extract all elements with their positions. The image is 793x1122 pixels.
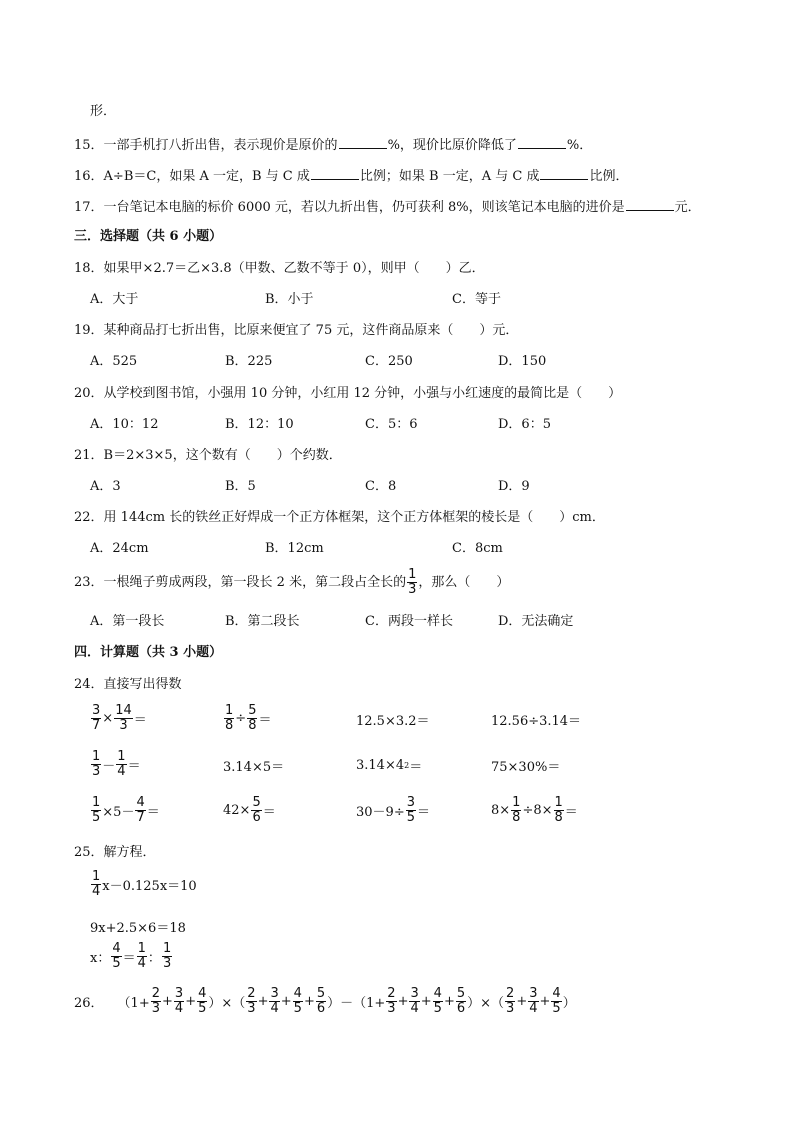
- question-24: 24．直接写出得数: [74, 677, 182, 693]
- option-a[interactable]: A．第一段长: [90, 614, 164, 630]
- option-d[interactable]: D．150: [498, 354, 546, 370]
- section-heading-choice: 三．选择题（共 6 小题）: [74, 229, 222, 245]
- option-c[interactable]: C．等于: [452, 292, 501, 308]
- answer-blank[interactable]: [339, 136, 387, 149]
- option-d[interactable]: D．6：5: [498, 417, 551, 433]
- equation-2: 9x+2.5×6＝18: [90, 917, 186, 936]
- answer-blank[interactable]: [518, 136, 566, 149]
- calc-item: 3.14×42＝: [356, 756, 422, 775]
- calc-item: 75×30%＝: [491, 756, 560, 775]
- option-a[interactable]: A．10：12: [90, 417, 158, 433]
- option-a[interactable]: A．3: [90, 479, 121, 495]
- calc-item: 42× 56 ＝: [223, 796, 276, 825]
- calc-item: 15 ×5－ 47 ＝: [90, 796, 160, 825]
- equation-3: x： 45 ＝ 14 ： 13: [90, 942, 173, 971]
- option-a[interactable]: A．24cm: [90, 541, 149, 557]
- calc-item: 18 ÷ 58 ＝: [223, 704, 271, 733]
- answer-blank[interactable]: [540, 167, 588, 180]
- option-c[interactable]: C．250: [365, 354, 413, 370]
- option-a[interactable]: A．大于: [90, 292, 138, 308]
- option-b[interactable]: B．5: [225, 479, 256, 495]
- calc-item: 3.14×5＝: [223, 756, 284, 775]
- calc-item: 12.56÷3.14＝: [491, 710, 581, 729]
- calc-item: 12.5×3.2＝: [356, 710, 430, 729]
- calc-item: 8× 18 ÷8× 18 ＝: [491, 796, 578, 825]
- option-c[interactable]: C．8cm: [452, 541, 503, 557]
- question-26: 26． （1+ 23+ 34+ 45 ）×（ 23+ 34+ 45+ 56 ）－…: [74, 987, 576, 1016]
- calc-item: 30－9÷ 35 ＝: [356, 796, 430, 825]
- question-17: 17．一台笔记本电脑的标价 6000 元，若以九折出售，仍可获利 8%，则该笔记…: [74, 198, 701, 216]
- option-b[interactable]: B．第二段长: [225, 614, 300, 630]
- section-heading-calc: 四．计算题（共 3 小题）: [74, 645, 222, 661]
- option-b[interactable]: B．12：10: [225, 417, 294, 433]
- fraction: 13: [407, 568, 417, 597]
- calc-item: 37 × 143 ＝: [90, 704, 147, 733]
- continuation-text: 形．: [90, 104, 116, 120]
- option-b[interactable]: B．225: [225, 354, 272, 370]
- question-16: 16．A÷B＝C，如果 A 一定，B 与 C 成比例；如果 B 一定，A 与 C…: [74, 167, 628, 185]
- answer-blank[interactable]: [626, 198, 674, 211]
- question-number: 15．: [74, 138, 104, 153]
- question-23: 23．一根绳子剪成两段，第一段长 2 米，第二段占全长的 13 ，那么（）: [74, 568, 509, 597]
- answer-blank[interactable]: [311, 167, 359, 180]
- option-a[interactable]: A．525: [90, 354, 137, 370]
- question-19: 19．某种商品打七折出售，比原来便宜了 75 元，这件商品原来（）元．: [74, 323, 518, 339]
- option-c[interactable]: C．两段一样长: [365, 614, 453, 630]
- option-c[interactable]: C．8: [365, 479, 396, 495]
- question-20: 20．从学校到图书馆，小强用 10 分钟，小红用 12 分钟，小强与小红速度的最…: [74, 386, 621, 402]
- equation-1: 14 x－0.125x＝10: [90, 870, 197, 899]
- option-d[interactable]: D．无法确定: [498, 614, 573, 630]
- option-b[interactable]: B．12cm: [265, 541, 324, 557]
- question-25: 25．解方程．: [74, 845, 156, 861]
- question-22: 22．用 144cm 长的铁丝正好焊成一个正方体框架，这个正方体框架的棱长是（）…: [74, 510, 605, 526]
- option-c[interactable]: C．5：6: [365, 417, 418, 433]
- option-d[interactable]: D．9: [498, 479, 530, 495]
- question-18: 18．如果甲×2.7＝乙×3.8（甲数、乙数不等于 0），则甲（）乙．: [74, 261, 485, 277]
- question-21: 21．B＝2×3×5，这个数有（）个约数．: [74, 448, 342, 464]
- question-15: 15．一部手机打八折出售，表示现价是原价的%，现价比原价降低了%．: [74, 136, 592, 154]
- calc-item: 13 － 14 ＝: [90, 750, 141, 779]
- option-b[interactable]: B．小于: [265, 292, 314, 308]
